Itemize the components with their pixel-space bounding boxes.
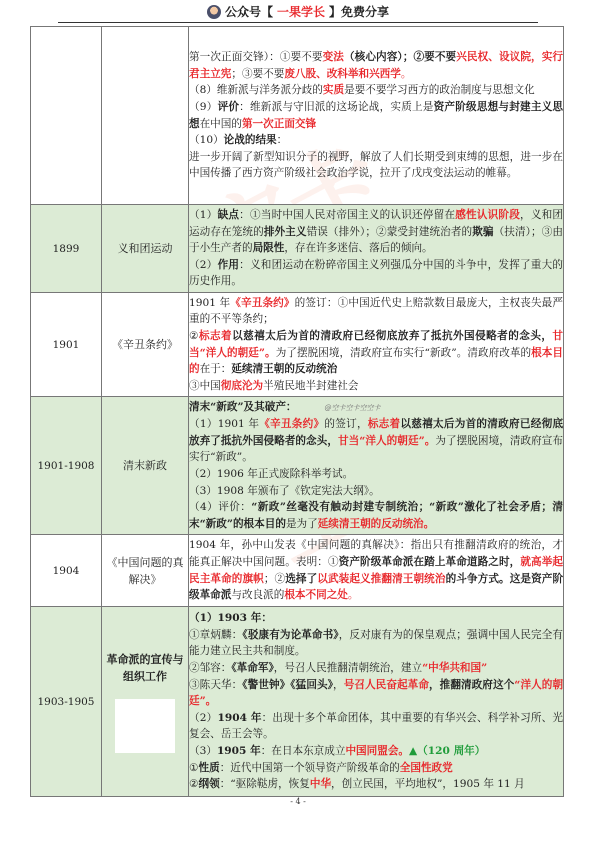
text: 为了摆脱困境，清政府宣布实行“新政”。清政府改革的	[276, 347, 531, 359]
text: （1）	[189, 209, 218, 221]
text: 《辛丑条约》	[259, 418, 324, 430]
text: 在中国的	[200, 118, 242, 130]
content-cell: 1904 年，孙中山发表《中国问题的真解决》：指出只有推翻清政府的统治，才能真正…	[189, 535, 564, 607]
year-cell	[31, 27, 102, 205]
text: ：“驱除鞑虏，恢复	[220, 778, 310, 790]
content-cell: 1901 年《辛丑条约》的签订：①中国近代史上赔款数目最庞大，主权丧失最严重的不…	[189, 293, 564, 397]
text: 标志着	[368, 418, 401, 430]
text: ：近代中国第一个领导资产阶级革命的	[220, 762, 400, 774]
text: 资产阶级革命派在踏上革命道路之时，	[339, 556, 521, 568]
text: 清末“新政”及其破产：	[189, 401, 297, 413]
event-cell: 《中国问题的真解决》	[102, 535, 189, 607]
text: 《驳康有为论革命书》	[242, 629, 338, 641]
table-row: 第一次正面交锋）：①要不要变法（核心内容）；②要不要兴民权、设议院，实行君主立宪…	[31, 27, 564, 205]
table-row: 1901-1908 清末新政 清末“新政”及其破产：@空卡空卡空空卡 （1）19…	[31, 397, 564, 535]
text: ：	[277, 134, 288, 146]
event-cell: 《辛丑条约》	[102, 293, 189, 397]
header-brand: 一果学长	[277, 3, 325, 20]
text: 。	[401, 68, 412, 80]
content-cell: （1）1903 年： ①章炳麟：《驳康有为论革命书》，反对康有为的保皇观点；强调…	[189, 607, 564, 797]
anniversary-badge: ▲（120 周年）	[409, 745, 485, 757]
text: 中华	[310, 778, 331, 790]
page-number: - 4 -	[0, 797, 596, 806]
text: 《辛丑条约》	[230, 297, 294, 309]
text: 的签订，	[324, 418, 367, 430]
header-suffix: 】免费分享	[329, 3, 389, 20]
text: 是为了	[286, 518, 318, 530]
text: 。	[348, 589, 359, 601]
text: 甘当“洋人的朝廷”。	[338, 435, 435, 447]
text: “中华共和国”	[422, 662, 487, 674]
text: 延续清王朝的反动统治	[231, 363, 337, 375]
text: 第一次正面交锋	[242, 118, 316, 130]
text: 变法	[323, 51, 344, 63]
text: ：义和团运动在粉碎帝国主义列强瓜分中国的斗争中，发挥了重大的历史作用。	[189, 259, 563, 288]
page-header: 公众号【一果学长】免费分享	[58, 0, 538, 23]
text: 欺骗	[472, 226, 493, 238]
year-cell: 1901-1908	[31, 397, 102, 535]
table-row: 1904 《中国问题的真解决》 1904 年，孙中山发表《中国问题的真解决》：指…	[31, 535, 564, 607]
text: ，	[333, 679, 344, 691]
content-cell: （1）缺点：①当时中国人民对帝国主义的认识还停留在感性认识阶段，义和团运动存在笼…	[189, 205, 564, 293]
text: ；③要不要	[231, 68, 284, 80]
text: 《警世钟》《猛回头》	[242, 679, 333, 691]
text: 选择了	[285, 573, 317, 585]
event-cell: 革命派的宣传与组织工作	[102, 607, 189, 797]
year-cell: 1903-1905	[31, 607, 102, 797]
text: 1904 年	[217, 712, 261, 724]
text: 以慈禧太后为首的清政府已经彻底放弃了抵抗外国侵略者的念头，	[232, 330, 552, 342]
table-row: 1901 《辛丑条约》 1901 年《辛丑条约》的签订：①中国近代史上赔款数目最…	[31, 293, 564, 397]
text: ，存在许多迷信、落后的倾向。	[284, 242, 432, 254]
text: （3）	[189, 745, 217, 757]
text: 实质	[323, 84, 344, 96]
text: 作用	[218, 259, 240, 271]
text: 评价	[218, 101, 240, 113]
text: ②	[189, 330, 199, 342]
text: ③陈天华：	[189, 679, 242, 691]
text: 以武装起义推翻清王朝统治	[317, 573, 445, 585]
text: 彻底沦为	[221, 380, 263, 392]
year-cell: 1901	[31, 293, 102, 397]
text: 错误（排外）；②蒙受封建统治者的	[307, 226, 473, 238]
text: （10）	[189, 134, 224, 146]
signature: @空卡空卡空空卡	[325, 404, 381, 412]
text: （9）	[189, 101, 218, 113]
text: 全国性政党	[400, 762, 453, 774]
content-cell: 第一次正面交锋）：①要不要变法（核心内容）；②要不要兴民权、设议院，实行君主立宪…	[189, 27, 564, 205]
text: （4）评价：	[189, 501, 251, 513]
text: （2）	[189, 259, 218, 271]
text: 论战的结果	[224, 134, 277, 146]
text: 是要不要学习西方的政治制度与思想文化	[344, 84, 535, 96]
text: 排外主义	[264, 226, 307, 238]
text: （核心内容）；②要不要	[344, 51, 456, 63]
text: ，号召人民推翻清朝统治，建立	[274, 662, 422, 674]
text: 1905 年	[217, 745, 261, 757]
text: ，创立民国，平均地权”，1905 年 11 月	[331, 778, 525, 790]
text: 1901 年	[189, 297, 230, 309]
text: 局限性	[253, 242, 285, 254]
text: （8）维新派与洋务派分歧的	[189, 84, 323, 96]
text: 根本不同之处	[284, 589, 348, 601]
text: ：维新派与守旧派的这场论战，实质上是	[239, 101, 433, 113]
table-row: 1899 义和团运动 （1）缺点：①当时中国人民对帝国主义的认识还停留在感性认识…	[31, 205, 564, 293]
text: 在于：	[200, 363, 232, 375]
text: 延续清王朝的反动统治。	[318, 518, 435, 530]
text: （1）1901 年	[189, 418, 259, 430]
avatar-icon	[207, 5, 221, 19]
text: 纲领	[199, 778, 220, 790]
text: ②邹容：	[189, 662, 231, 674]
text: 废八股、改科举和兴西学	[284, 68, 401, 80]
text: ；②	[264, 573, 285, 585]
text: （1）1903 年：	[189, 612, 272, 624]
text: ②	[189, 778, 199, 790]
text: ③中国	[189, 380, 221, 392]
text: ①章炳麟：	[189, 629, 242, 641]
blank-image-placeholder	[115, 699, 175, 753]
text: 半殖民地半封建社会	[263, 380, 358, 392]
text: ：①当时中国人民对帝国主义的认识还停留在	[239, 209, 455, 221]
content-cell: 清末“新政”及其破产：@空卡空卡空空卡 （1）1901 年《辛丑条约》的签订，标…	[189, 397, 564, 535]
text: 号召人民奋起革命	[344, 679, 429, 691]
year-cell: 1899	[31, 205, 102, 293]
text: 《革命军》	[231, 662, 273, 674]
text: 中国同盟会。	[345, 745, 409, 757]
text: 进一步开阔了新型知识分子的视野，解放了人们长期受到束缚的思想，进一步在中国传播了…	[189, 149, 563, 182]
text: ①	[189, 762, 199, 774]
text: （2）	[189, 712, 217, 724]
table-row: 1903-1905 革命派的宣传与组织工作 （1）1903 年： ①章炳麟：《驳…	[31, 607, 564, 797]
year-cell: 1904	[31, 535, 102, 607]
text: 缺点	[218, 209, 240, 221]
text: 感性认识阶段	[455, 209, 520, 221]
text: 性质	[199, 762, 220, 774]
event-label: 革命派的宣传与组织工作	[107, 653, 184, 683]
text: 革命派	[200, 589, 232, 601]
event-cell: 清末新政	[102, 397, 189, 535]
text: （3）1908 年颁布了《钦定宪法大纲》。	[189, 483, 563, 500]
event-cell	[102, 27, 189, 205]
text: 与改良派的	[231, 589, 284, 601]
text: 标志着	[199, 330, 232, 342]
text: ：在日本东京成立	[261, 745, 346, 757]
event-cell: 义和团运动	[102, 205, 189, 293]
text: ，推翻清政府这个	[429, 679, 514, 691]
history-table: 第一次正面交锋）：①要不要变法（核心内容）；②要不要兴民权、设议院，实行君主立宪…	[30, 26, 564, 797]
header-prefix: 公众号【	[225, 3, 273, 20]
text: 第一次正面交锋）：①要不要	[189, 51, 323, 63]
text: （2）1906 年正式废除科举考试。	[189, 466, 563, 483]
